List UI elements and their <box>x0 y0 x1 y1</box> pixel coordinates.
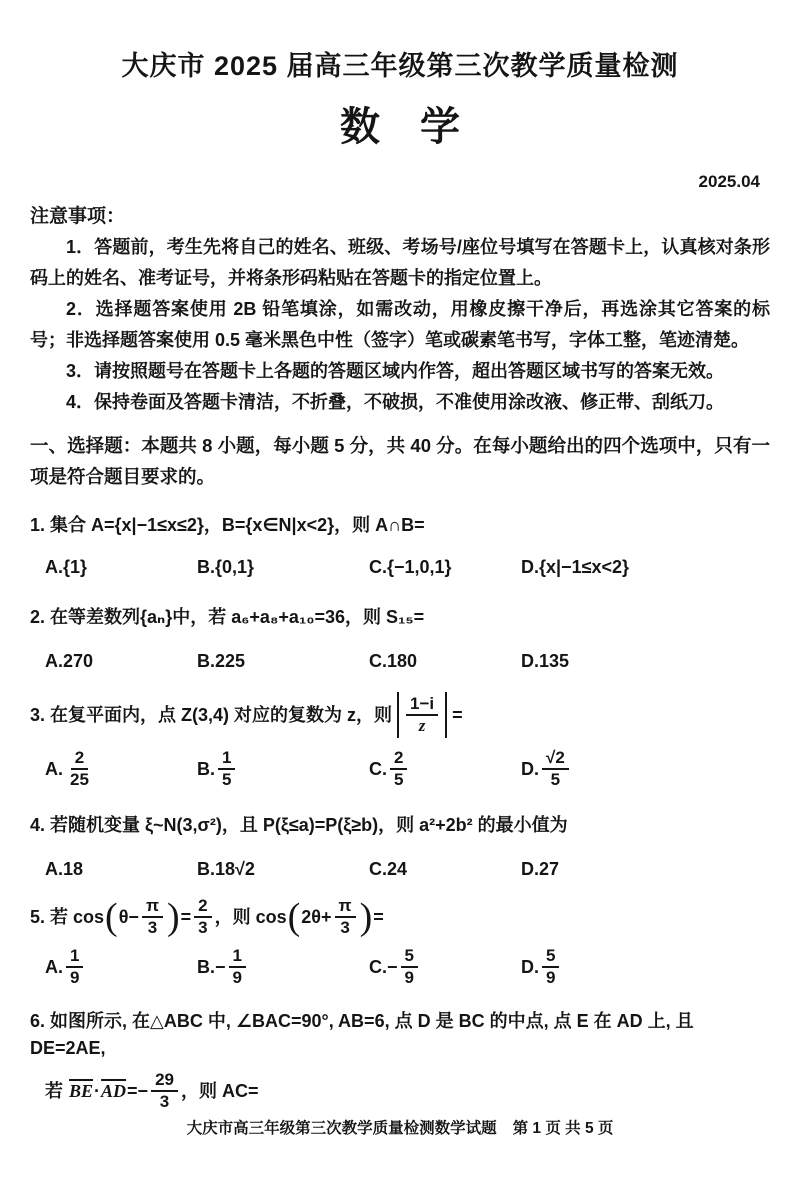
option-label: D. <box>521 759 539 780</box>
option-c: C.{−1,0,1} <box>369 557 521 578</box>
fraction: 59 <box>401 946 418 988</box>
exam-date: 2025.04 <box>30 172 770 192</box>
stem-text: ，则 cos <box>215 904 287 931</box>
fraction-numerator: π <box>335 896 356 918</box>
option-a: A.{1} <box>45 557 197 578</box>
option-a: A.270 <box>45 651 197 672</box>
fraction-numerator: 2 <box>71 748 88 770</box>
question-6: 6. 如图所示, 在△ABC 中, ∠BAC=90°, AB=6, 点 D 是 … <box>30 1008 770 1112</box>
fraction: 19 <box>229 946 246 988</box>
fraction-numerator: 2 <box>390 748 407 770</box>
notice-item: 2．选择题答案使用 2B 铅笔填涂，如需改动，用橡皮擦干净后，再选涂其它答案的标… <box>30 294 770 356</box>
fraction-denominator: 9 <box>229 968 246 988</box>
stem-text: 若 <box>45 1078 68 1105</box>
left-paren: ( <box>105 898 118 936</box>
fraction: π3 <box>335 896 356 938</box>
option-label: C.− <box>369 957 398 978</box>
option-c: C.25 <box>369 748 521 790</box>
fraction: 293 <box>151 1070 178 1112</box>
option-b: B.15 <box>197 748 369 790</box>
fraction: √25 <box>542 748 569 790</box>
notice-section: 注意事项： 1．答题前，考生先将自己的姓名、班级、考场号/座位号填写在答题卡上，… <box>30 202 770 418</box>
question-4: 4. 若随机变量 ξ~N(3,σ²)，且 P(ξ≤a)=P(ξ≥b)，则 a²+… <box>30 812 770 880</box>
dot-operator: · <box>94 1078 100 1105</box>
option-label: B. <box>197 759 215 780</box>
fraction: π3 <box>142 896 163 938</box>
absolute-value-bars: 1−i z <box>397 692 447 738</box>
stem-text: 3. 在复平面内，点 Z(3,4) 对应的复数为 z，则 <box>30 702 392 729</box>
fraction-numerator: 1−i <box>406 694 438 716</box>
page-title: 大庆市 2025 届高三年级第三次教学质量检测 <box>30 44 770 83</box>
stem-text: = <box>181 904 192 931</box>
fraction-denominator: 5 <box>218 770 235 790</box>
question-options: A.225 B.15 C.25 D.√25 <box>30 748 770 790</box>
fraction-denominator: 3 <box>144 918 161 938</box>
option-label: A. <box>45 759 63 780</box>
fraction-numerator: π <box>142 896 163 918</box>
option-b: B.{0,1} <box>197 557 369 578</box>
fraction-numerator: 1 <box>229 946 246 968</box>
option-a: A.18 <box>45 859 197 880</box>
page-number: 第 1 页 共 5 页 <box>513 1120 614 1137</box>
question-options: A.{1} B.{0,1} C.{−1,0,1} D.{x|−1≤x<2} <box>30 557 770 578</box>
question-2: 2. 在等差数列{aₙ}中，若 a₆+a₈+a₁₀=36，则 S₁₅= A.27… <box>30 604 770 672</box>
stem-text: 5. 若 cos <box>30 904 104 931</box>
question-stem: 4. 若随机变量 ξ~N(3,σ²)，且 P(ξ≤a)=P(ξ≥b)，则 a²+… <box>30 812 770 839</box>
option-d: D.59 <box>521 946 770 988</box>
question-options: A.19 B.−19 C.−59 D.59 <box>30 946 770 988</box>
fraction-denominator: 5 <box>390 770 407 790</box>
option-a: A.225 <box>45 748 197 790</box>
section-heading: 一、选择题：本题共 8 小题，每小题 5 分，共 40 分。在每小题给出的四个选… <box>30 430 770 492</box>
question-stem: 2. 在等差数列{aₙ}中，若 a₆+a₈+a₁₀=36，则 S₁₅= <box>30 604 770 631</box>
fraction-numerator: 1 <box>218 748 235 770</box>
fraction-numerator: 5 <box>401 946 418 968</box>
option-c: C.24 <box>369 859 521 880</box>
fraction: 15 <box>218 748 235 790</box>
stem-text: = <box>373 904 384 931</box>
option-d: D.27 <box>521 859 770 880</box>
notice-item: 4．保持卷面及答题卡清洁，不折叠，不破损，不准使用涂改液、修正带、刮纸刀。 <box>30 387 770 418</box>
question-options: A.18 B.18√2 C.24 D.27 <box>30 859 770 880</box>
fraction: 1−i z <box>406 694 438 736</box>
vector-AD: AD <box>101 1078 126 1105</box>
right-paren: ) <box>167 898 180 936</box>
question-stem: 6. 如图所示, 在△ABC 中, ∠BAC=90°, AB=6, 点 D 是 … <box>30 1008 770 1062</box>
fraction-denominator: 9 <box>401 968 418 988</box>
option-c: C.180 <box>369 651 521 672</box>
question-stem-line2: 若 BE · AD =− 293 ，则 AC= <box>30 1070 770 1112</box>
option-label: A. <box>45 957 63 978</box>
question-stem: 3. 在复平面内，点 Z(3,4) 对应的复数为 z，则 1−i z = <box>30 692 770 738</box>
page-footer: 大庆市高三年级第三次教学质量检测数学试题第 1 页 共 5 页 <box>0 1116 800 1138</box>
option-label: D. <box>521 957 539 978</box>
option-a: A.19 <box>45 946 197 988</box>
question-1: 1. 集合 A={x|−1≤x≤2}，B={x∈N|x<2}，则 A∩B= A.… <box>30 512 770 578</box>
left-paren: ( <box>288 898 301 936</box>
stem-text: 2θ+ <box>301 904 331 931</box>
footer-title: 大庆市高三年级第三次教学质量检测数学试题 <box>187 1120 497 1137</box>
option-c: C.−59 <box>369 946 521 988</box>
fraction-numerator: 29 <box>151 1070 178 1092</box>
stem-text: = <box>452 702 463 729</box>
fraction-denominator: 3 <box>156 1092 173 1112</box>
fraction-numerator: 2 <box>194 896 211 918</box>
question-stem: 1. 集合 A={x|−1≤x≤2}，B={x∈N|x<2}，则 A∩B= <box>30 512 770 539</box>
fraction: 59 <box>542 946 559 988</box>
fraction: 19 <box>66 946 83 988</box>
notice-item: 3．请按照题号在答题卡上各题的答题区域内作答，超出答题区域书写的答案无效。 <box>30 356 770 387</box>
question-options: A.270 B.225 C.180 D.135 <box>30 651 770 672</box>
notice-heading: 注意事项： <box>30 202 770 232</box>
fraction-denominator: 25 <box>66 770 93 790</box>
option-b: B.−19 <box>197 946 369 988</box>
fraction: 25 <box>390 748 407 790</box>
vector-BE: BE <box>69 1078 93 1105</box>
fraction-denominator: 9 <box>66 968 83 988</box>
fraction-denominator: 3 <box>194 918 211 938</box>
fraction-denominator: 9 <box>542 968 559 988</box>
notice-item: 1．答题前，考生先将自己的姓名、班级、考场号/座位号填写在答题卡上，认真核对条形… <box>30 232 770 294</box>
option-d: D.√25 <box>521 748 770 790</box>
fraction: 225 <box>66 748 93 790</box>
fraction-denominator: 3 <box>336 918 353 938</box>
option-label: B.− <box>197 957 226 978</box>
stem-text: ，则 AC= <box>181 1078 259 1105</box>
option-label: C. <box>369 759 387 780</box>
exam-page: 大庆市 2025 届高三年级第三次教学质量检测 数 学 2025.04 注意事项… <box>0 0 800 1186</box>
option-b: B.225 <box>197 651 369 672</box>
right-paren: ) <box>360 898 373 936</box>
question-stem: 5. 若 cos ( θ− π3 ) = 23 ，则 cos ( 2θ+ π3 … <box>30 896 770 938</box>
fraction-numerator: √2 <box>542 748 569 770</box>
option-b: B.18√2 <box>197 859 369 880</box>
fraction-denominator: z <box>415 716 430 736</box>
fraction-denominator: 5 <box>547 770 564 790</box>
fraction-numerator: 5 <box>542 946 559 968</box>
stem-text: =− <box>127 1078 148 1105</box>
question-3: 3. 在复平面内，点 Z(3,4) 对应的复数为 z，则 1−i z = A.2… <box>30 692 770 790</box>
option-d: D.135 <box>521 651 770 672</box>
question-5: 5. 若 cos ( θ− π3 ) = 23 ，则 cos ( 2θ+ π3 … <box>30 896 770 988</box>
fraction: 23 <box>194 896 211 938</box>
option-d: D.{x|−1≤x<2} <box>521 557 770 578</box>
fraction-numerator: 1 <box>66 946 83 968</box>
stem-text: θ− <box>119 904 139 931</box>
subject-title: 数 学 <box>30 95 770 152</box>
